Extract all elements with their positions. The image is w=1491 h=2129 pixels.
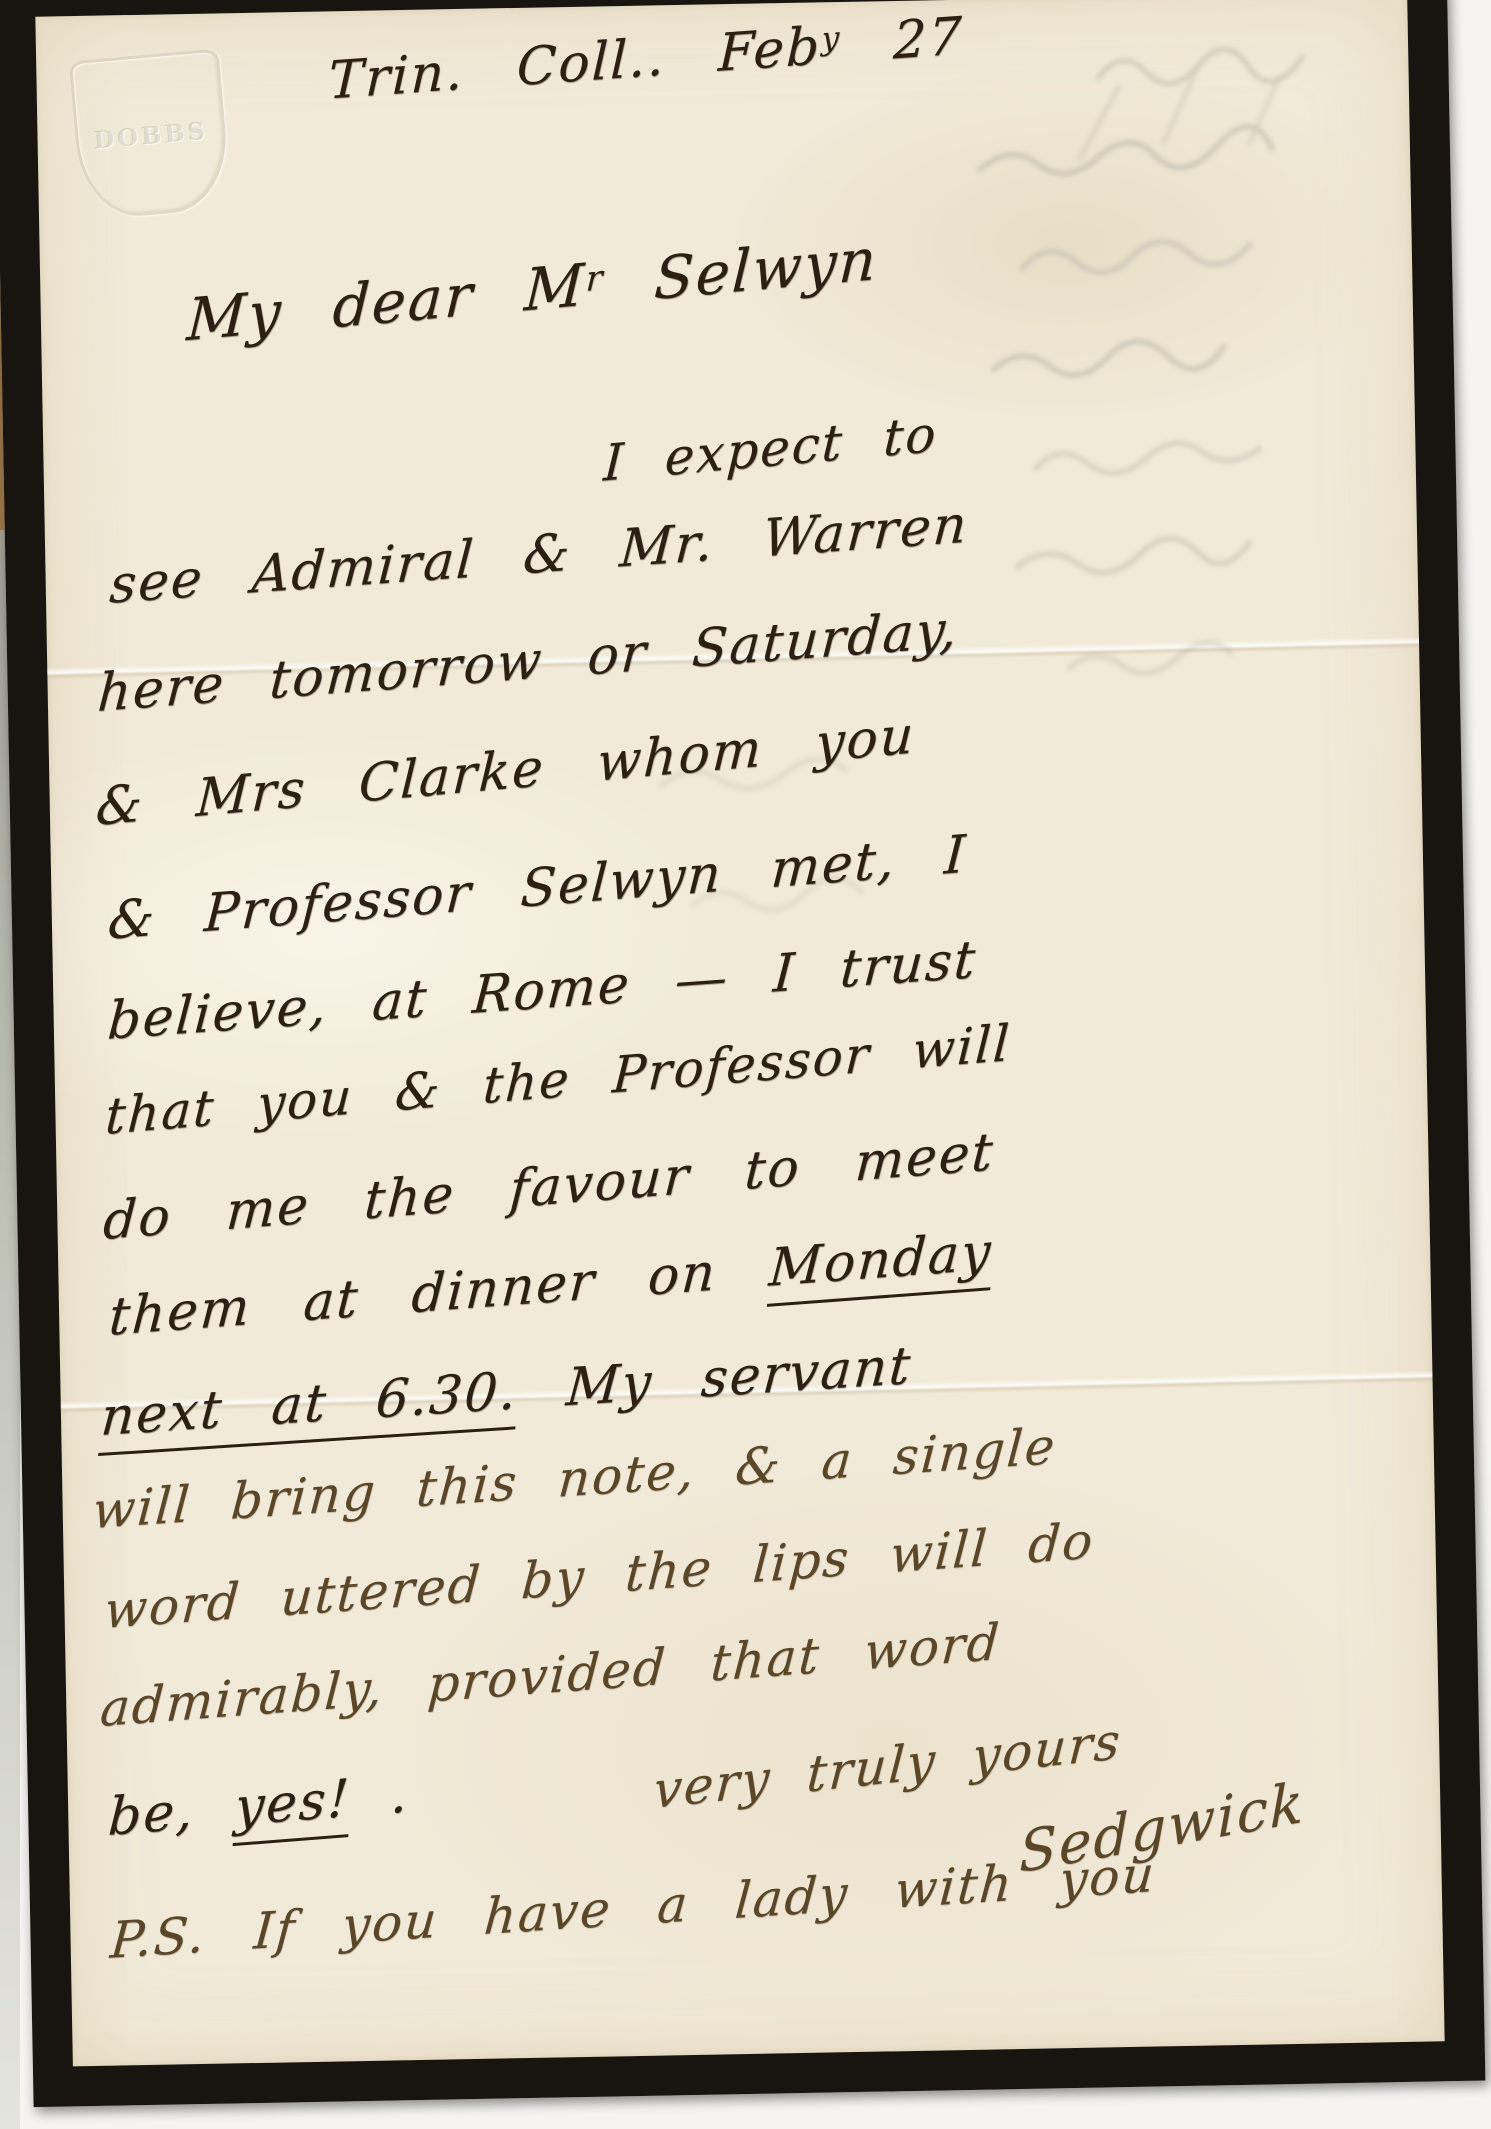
body-line: be, yes! . — [106, 1764, 411, 1848]
salutation-superscript: r — [585, 258, 606, 300]
dateline-superscript: y — [821, 20, 842, 58]
letter-sheet: DOBBS Trin. Coll.. Feby 27 My dear Mr Se… — [35, 0, 1444, 2066]
postscript-label: P.S. — [108, 1905, 208, 1969]
stamp-text: DOBBS — [92, 115, 209, 154]
line-text: them at dinner on — [107, 1238, 771, 1348]
body-line: admirably, provided that word — [98, 1613, 1002, 1738]
line-text: My servant — [516, 1336, 915, 1422]
underlined-word: yes! — [233, 1769, 353, 1847]
line-text: . — [349, 1764, 412, 1829]
line-text: admirably, provided that word — [98, 1613, 1002, 1738]
salutation-text: My dear M — [185, 251, 587, 355]
valediction: very truly yours — [652, 1712, 1124, 1820]
dateline-day: 27 — [840, 6, 964, 75]
body-line: next at 6.30. My servant — [99, 1336, 914, 1448]
underlined-word: next at 6.30. — [98, 1361, 520, 1456]
underlined-word: Monday — [767, 1222, 995, 1307]
line-text: be, — [106, 1778, 236, 1848]
postscript: P.S.If you have a lady with you — [108, 1845, 1158, 1970]
postscript-text: If you have a lady with you — [252, 1845, 1158, 1961]
embossed-stationer-stamp: DOBBS — [69, 48, 233, 221]
letter-paper-with-mourning-border: DOBBS Trin. Coll.. Feby 27 My dear Mr Se… — [0, 0, 1485, 2107]
